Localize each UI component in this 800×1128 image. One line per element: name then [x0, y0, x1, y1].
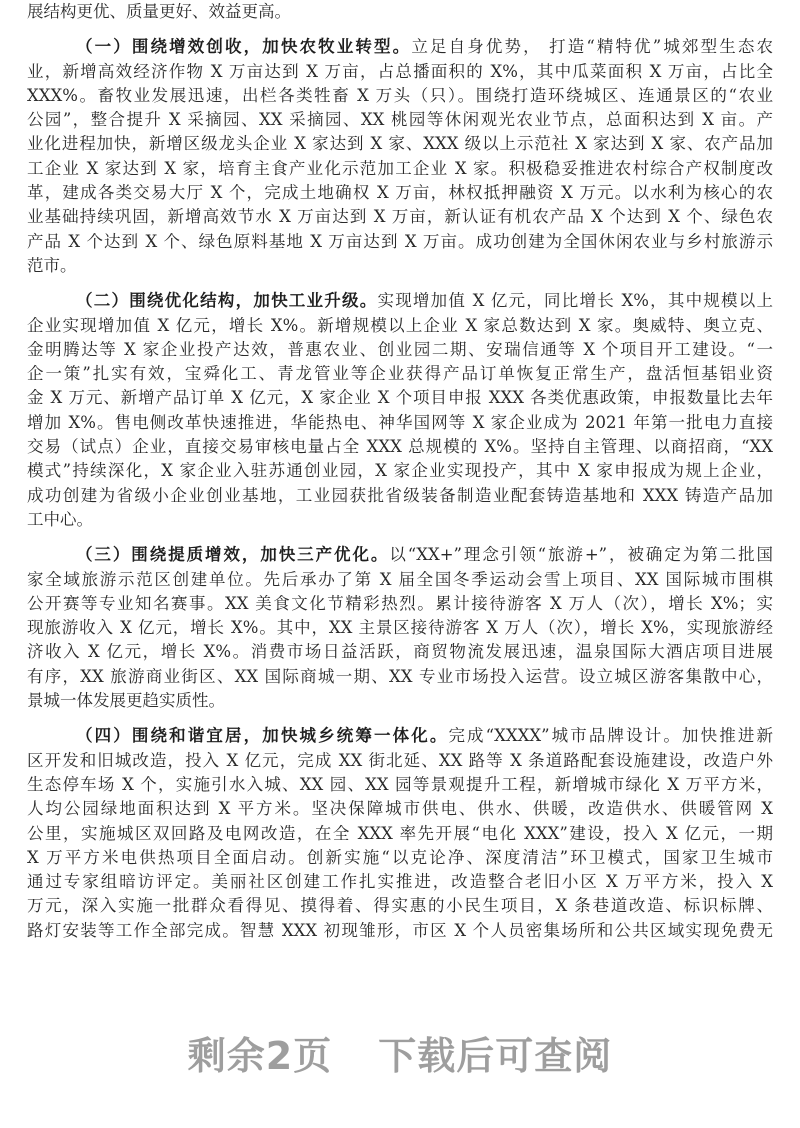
- section-first-line: （三）围绕提质增效，加快三产优化。以“XX+”理念引领“旅游+”，被确定为第二批…: [27, 543, 773, 567]
- text-span: 实现增加值 X 亿元，同比增长 X%，其中规模以上: [377, 291, 773, 310]
- document-page: 展结构更优、质量更好、效益更高。 （一）围绕增效创收，加快农牧业转型。立足自身优…: [27, 0, 773, 943]
- text-line: 业化进程加快，新增区级龙头企业 X 家达到 X 家、XXX 级以上示范社 X 家…: [27, 132, 773, 156]
- text-line: 家全域旅游示范区创建单位。先后承办了第 X 届全国冬季运动会雪上项目、XX 国际…: [27, 568, 773, 592]
- text-line: 工中心。: [27, 508, 773, 532]
- section-heading: （二）围绕优化结构，加快工业升级。: [76, 291, 377, 310]
- text-line: X 万平方米电供热项目全面启动。创新实施“以克论净、深度清洁”环卫模式，国家卫生…: [27, 846, 773, 870]
- download-banner[interactable]: 剩余2页下载后可查阅: [0, 1025, 800, 1080]
- text-line: 现旅游收入 X 亿元，增长 X%。其中，XX 主景区接待游客 X 万人（次），增…: [27, 616, 773, 640]
- text-line: 济收入 X 亿元，增长 X%。消费市场日益活跃，商贸物流发展迅速，温泉国际大酒店…: [27, 640, 773, 664]
- text-line: 通过专家组暗访评定。美丽社区创建工作扎实推进，改造整合老旧小区 X 万平方米，投…: [27, 870, 773, 894]
- text-line: 区开发和旧城改造，投入 X 亿元，完成 XX 街北延、XX 路等 X 条道路配套…: [27, 749, 773, 773]
- text-line: 企一策”扎实有效，宝舜化工、青龙管业等企业获得产品订单恢复正常生产，盘活恒基铝业…: [27, 362, 773, 386]
- section-urban-rural: （四）围绕和谐宜居，加快城乡统筹一体化。完成“XXXX”城市品牌设计。加快推进新…: [27, 724, 773, 943]
- text-span: 立足自身优势， 打造“精特优”城郊型生态农: [411, 37, 773, 56]
- text-span: 以“XX+”理念引领“旅游+”，被确定为第二批国: [389, 545, 773, 564]
- section-agriculture: （一）围绕增效创收，加快农牧业转型。立足自身优势， 打造“精特优”城郊型生态农 …: [27, 35, 773, 278]
- text-line: 革，建成各类交易大厅 X 个，完成土地确权 X 万亩，林权抵押融资 X 万元。以…: [27, 181, 773, 205]
- text-line: 范市。: [27, 254, 773, 278]
- text-line: 公里，实施城区双回路及电网改造，在全 XXX 率先开展“电化 XXX”建设，投入…: [27, 822, 773, 846]
- text-line: 模式”持续深化，X 家企业入驻苏通创业园，X 家企业实现投产，其中 X 家申报成…: [27, 459, 773, 483]
- download-to-view-label: 下载后可查阅: [378, 1025, 612, 1080]
- section-first-line: （一）围绕增效创收，加快农牧业转型。立足自身优势， 打造“精特优”城郊型生态农: [27, 35, 773, 59]
- text-line: 业基础持续巩固，新增高效节水 X 万亩达到 X 万亩，新认证有机农产品 X 个达…: [27, 205, 773, 229]
- text-span: 完成“XXXX”城市品牌设计。加快推进新: [448, 726, 773, 745]
- text-line: 增加 X%。售电侧改革快速推进，华能热电、神华国网等 X 家企业成为 2021 …: [27, 411, 773, 435]
- section-industry: （二）围绕优化结构，加快工业升级。实现增加值 X 亿元，同比增长 X%，其中规模…: [27, 289, 773, 532]
- text-line: 路灯安装等工作全部完成。智慧 XXX 初现雏形，市区 X 个人员密集场所和公共区…: [27, 919, 773, 943]
- text-line: 有序，XX 旅游商业街区、XX 国际商城一期、XX 专业市场投入运营。设立城区游…: [27, 665, 773, 689]
- text-line: 成功创建为省级小企业创业基地，工业园获批省级装备制造业配套铸造基地和 XXX 铸…: [27, 484, 773, 508]
- intro-tail: 展结构更优、质量更好、效益更高。: [27, 0, 773, 24]
- text-line: 产品 X 个达到 X 个、绿色原料基地 X 万亩达到 X 万亩。成功创建为全国休…: [27, 230, 773, 254]
- section-heading: （三）围绕提质增效，加快三产优化。: [76, 545, 389, 564]
- text-line: 工企业 X 家达到 X 家，培育主食产业化示范加工企业 X 家。积极稳妥推进农村…: [27, 157, 773, 181]
- text-line: 人均公园绿地面积达到 X 平方米。坚决保障城市供电、供水、供暖，改造供水、供暖管…: [27, 797, 773, 821]
- text-line: XXX%。畜牧业发展迅速，出栏各类牲畜 X 万头（只）。围绕打造环绕城区、连通景…: [27, 84, 773, 108]
- section-first-line: （二）围绕优化结构，加快工业升级。实现增加值 X 亿元，同比增长 X%，其中规模…: [27, 289, 773, 313]
- text-line: 公园”，整合提升 X 采摘园、XX 采摘园、XX 桃园等休闲观光农业节点，总面积…: [27, 108, 773, 132]
- text-line: 企业实现增加值 X 亿元，增长 X%。新增规模以上企业 X 家总数达到 X 家。…: [27, 314, 773, 338]
- section-tertiary: （三）围绕提质增效，加快三产优化。以“XX+”理念引领“旅游+”，被确定为第二批…: [27, 543, 773, 713]
- text-line: 公开赛等专业知名赛事。XX 美食文化节精彩热烈。累计接待游客 X 万人（次），增…: [27, 592, 773, 616]
- text-line: 金明腾达等 X 家企业投产达效，普惠农业、创业园二期、安瑞信通等 X 个项目开工…: [27, 338, 773, 362]
- text-line: 金 X 万元、新增产品订单 X 亿元，X 家企业 X 个项目申报 XXX 各类优…: [27, 386, 773, 410]
- text-line: 生态停车场 X 个，实施引水入城、XX 园、XX 园等景观提升工程，新增城市绿化…: [27, 773, 773, 797]
- section-first-line: （四）围绕和谐宜居，加快城乡统筹一体化。完成“XXXX”城市品牌设计。加快推进新: [27, 724, 773, 748]
- text-line: 展结构更优、质量更好、效益更高。: [27, 0, 773, 24]
- text-line: 交易（试点）企业，直接交易审核电量占全 XXX 总规模的 X%。坚持自主管理、以…: [27, 435, 773, 459]
- text-line: 业，新增高效经济作物 X 万亩达到 X 万亩，占总播面积的 X%，其中瓜菜面积 …: [27, 60, 773, 84]
- section-heading: （四）围绕和谐宜居，加快城乡统筹一体化。: [76, 726, 448, 745]
- section-heading: （一）围绕增效创收，加快农牧业转型。: [76, 37, 411, 56]
- remaining-pages-label: 剩余2页: [188, 1025, 332, 1080]
- text-line: 万元，深入实施一批群众看得见、摸得着、得实惠的小民生项目，X 条巷道改造、标识标…: [27, 894, 773, 918]
- text-line: 景城一体发展更趋实质性。: [27, 689, 773, 713]
